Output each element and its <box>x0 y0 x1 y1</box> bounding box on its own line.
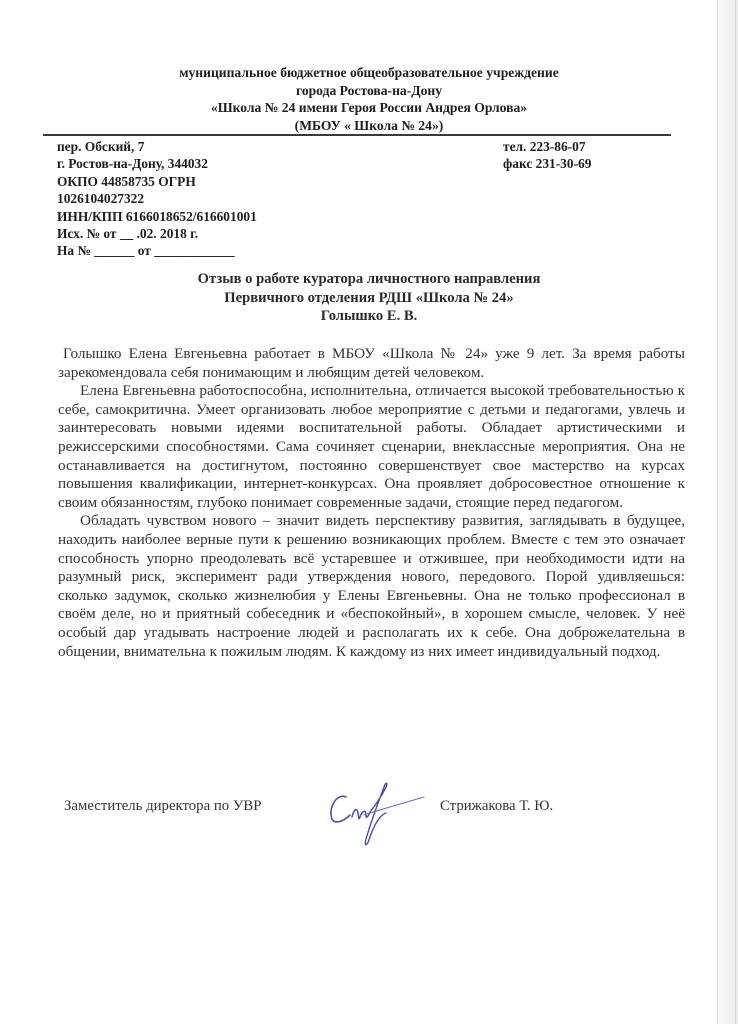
letterhead-divider <box>43 134 671 136</box>
body-paragraph: Голышко Елена Евгеньевна работает в МБОУ… <box>58 345 685 382</box>
address-street: пер. Обский, 7 <box>57 138 257 155</box>
body-paragraph: Елена Евгеньевна работоспособна, исполни… <box>58 382 685 512</box>
inn-kpp: ИНН/КПП 6166018652/616601001 <box>57 208 257 225</box>
contacts-phone-block: тел. 223-86-07 факс 231-30-69 <box>503 138 591 173</box>
letterhead-line-short-name: (МБОУ « Школа № 24») <box>0 117 738 135</box>
handwritten-signature-icon <box>324 779 434 859</box>
document-title: Отзыв о работе куратора личностного напр… <box>0 270 738 326</box>
signatory-position: Заместитель директора по УВР <box>64 798 261 815</box>
title-line-2: Первичного отделения РДШ «Школа № 24» <box>0 289 738 308</box>
title-line-1: Отзыв о работе куратора личностного напр… <box>0 270 738 289</box>
letterhead-line-institution-type: муниципальное бюджетное общеобразователь… <box>0 64 738 82</box>
document-body: Голышко Елена Евгеньевна работает в МБОУ… <box>58 345 685 661</box>
letterhead: муниципальное бюджетное общеобразователь… <box>0 64 738 134</box>
body-paragraph: Обладать чувством нового – значит видеть… <box>58 512 685 661</box>
scan-edge-line <box>735 0 736 1024</box>
signature-block: Заместитель директора по УВР Стрижакова … <box>64 795 684 855</box>
ogrn-number: 1026104027322 <box>57 190 257 207</box>
letterhead-line-city: города Ростова-на-Дону <box>0 82 738 100</box>
okpo-ogrn: ОКПО 44858735 ОГРН <box>57 173 257 190</box>
fax: факс 231-30-69 <box>503 155 591 172</box>
signatory-name: Стрижакова Т. Ю. <box>440 798 553 815</box>
reference-number: На № ______ от ____________ <box>57 242 257 259</box>
outgoing-number: Исх. № от __ .02. 2018 г. <box>57 225 257 242</box>
letterhead-line-school-name: «Школа № 24 имени Героя России Андрея Ор… <box>0 99 738 117</box>
address-city: г. Ростов-на-Дону, 344032 <box>57 155 257 172</box>
contacts-address-block: пер. Обский, 7 г. Ростов-на-Дону, 344032… <box>57 138 257 260</box>
phone: тел. 223-86-07 <box>503 138 591 155</box>
title-line-3: Голышко Е. В. <box>0 307 738 326</box>
